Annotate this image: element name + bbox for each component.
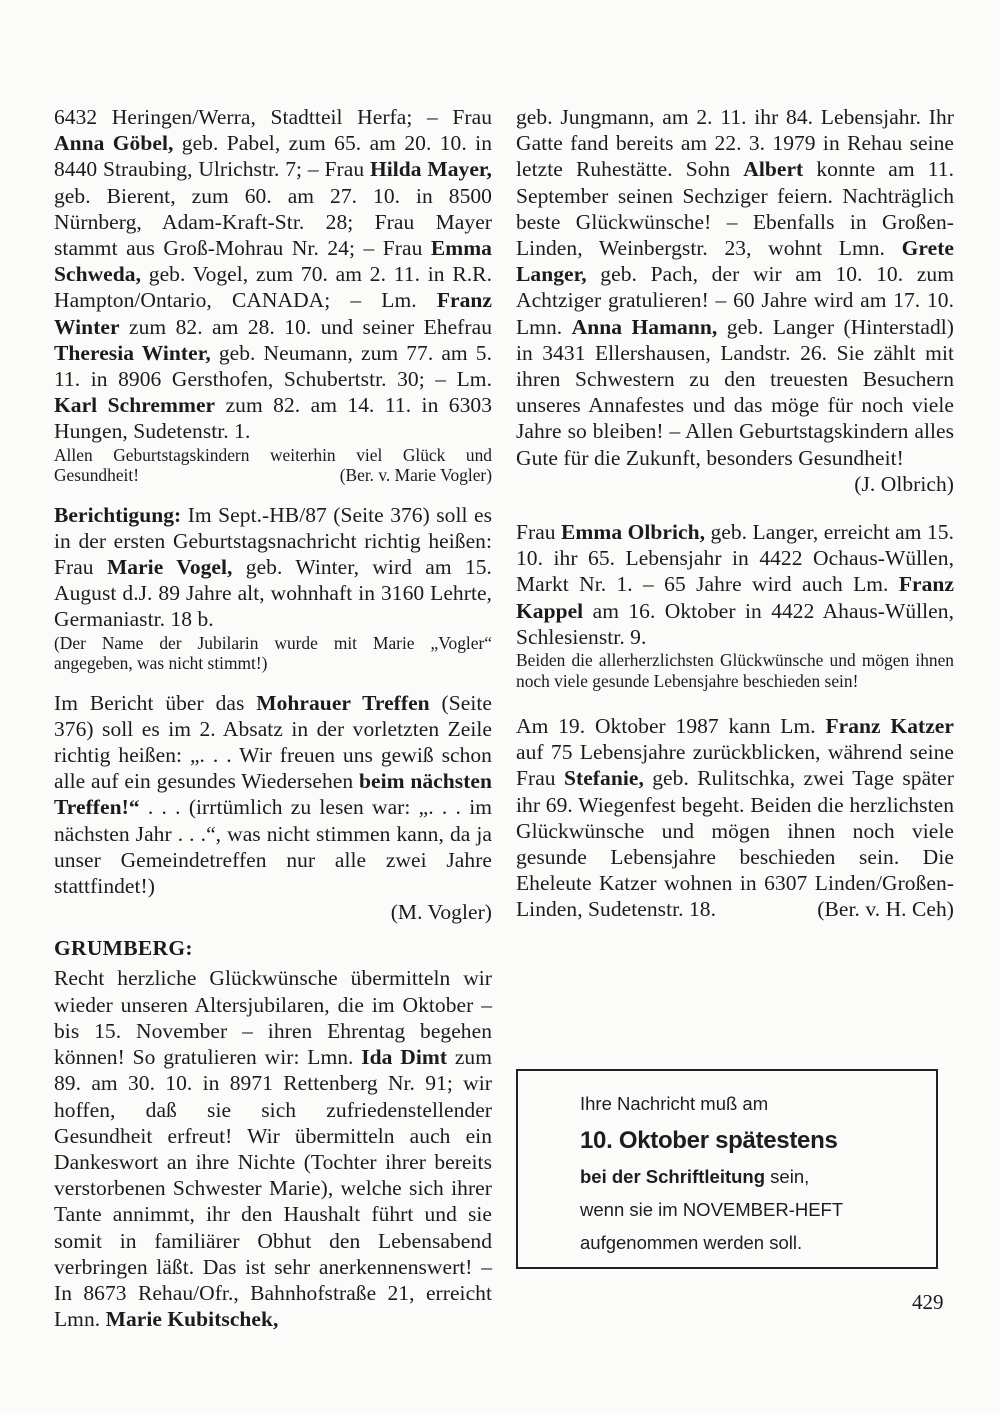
notice-line-1: Ihre Nachricht muß am [580,1093,843,1115]
correction-paragraph: Berichtigung: Im Sept.-HB/87 (Seite 376)… [54,502,492,633]
name-franz-katzer: Franz Katzer [825,714,954,738]
event-mohrauer-treffen: Mohrauer Treffen [256,691,429,715]
birthday-list-paragraph: 6432 Heringen/Werra, Stadtteil Herfa; – … [54,104,492,445]
grumberg-paragraph: Recht herzliche Glückwünsche übermitteln… [54,965,492,1332]
page-number: 429 [912,1290,944,1315]
left-column: 6432 Heringen/Werra, Stadtteil Herfa; – … [54,104,492,1332]
katzer-paragraph: Am 19. Oktober 1987 kann Lm. Franz Katze… [516,713,954,923]
notice-bold: bei der Schriftleitung [580,1166,765,1187]
notice-line-5: aufgenommen werden soll. [580,1232,843,1254]
name-karl-schremmer: Karl Schremmer [54,393,215,417]
name-theresia-winter: Theresia Winter, [54,341,211,365]
treffen-correction-paragraph: Im Bericht über das Mohrauer Treffen (Se… [54,690,492,900]
text: geb. Bierent, zum 60. am 27. 10. in 8500… [54,184,492,260]
name-hilda-mayer: Hilda Mayer, [370,157,492,181]
signature: (Ber. v. H. Ceh) [817,896,954,922]
text: 6432 Heringen/Werra, Stadtteil Herfa; – … [54,105,492,129]
right-column: geb. Jungmann, am 2. 11. ihr 84. Lebensj… [516,104,954,923]
text: zum 89. am 30. 10. in 8971 Rettenberg Nr… [54,1045,492,1331]
text: Im Bericht über das [54,691,256,715]
signature: (Ber. v. Marie Vogler) [340,465,492,486]
signature: (M. Vogler) [54,899,492,925]
olbrich-paragraph: Frau Emma Olbrich, geb. Langer, erreicht… [516,519,954,650]
name-marie-vogel: Marie Vogel, [107,555,233,579]
notice-deadline: 10. Oktober spätestens [580,1127,843,1155]
correction-note: (Der Name der Jubilarin wurde mit Marie … [54,633,492,674]
name-albert: Albert [743,157,803,181]
name-stefanie: Stefanie, [564,766,644,790]
text: sein, [765,1166,809,1187]
deadline-notice-box: Ihre Nachricht muß am 10. Oktober spätes… [516,1069,938,1269]
signature: (J. Olbrich) [854,471,954,497]
name-emma-olbrich: Emma Olbrich, [561,520,705,544]
name-marie-kubitschek: Marie Kubitschek, [106,1307,279,1331]
notice-line-4: wenn sie im NOVEMBER-HEFT [580,1199,843,1221]
name-anna-goebel: Anna Göbel, [54,131,173,155]
text: Frau [516,520,561,544]
text: zum 82. am 28. 10. und seiner Ehefrau [120,315,492,339]
wishes-note: Beiden die allerherzlichsten Glückwünsch… [516,650,954,691]
name-ida-dimt: Ida Dimt [361,1045,447,1069]
text: Am 19. Oktober 1987 kann Lm. [516,714,825,738]
section-heading-grumberg: GRUMBERG: [54,935,492,961]
name-anna-hamann: Anna Hamann, [572,315,718,339]
correction-label: Berichtigung: [54,503,181,527]
continued-paragraph: geb. Jungmann, am 2. 11. ihr 84. Lebensj… [516,104,954,471]
wishes-note: Allen Geburtstagskindern weiterhin viel … [54,445,492,486]
notice-line-3: bei der Schriftleitung sein, [580,1166,843,1188]
